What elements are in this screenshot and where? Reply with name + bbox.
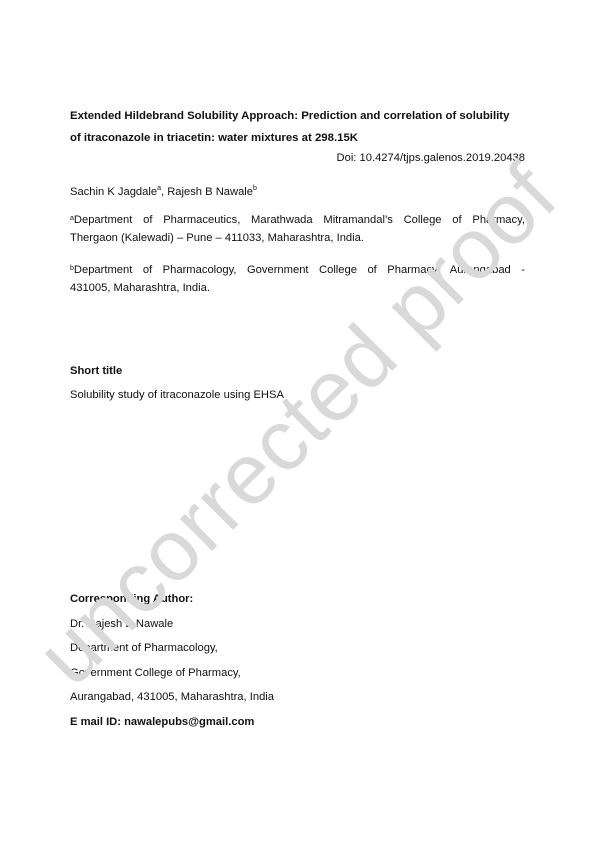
document-page: Extended Hildebrand Solubility Approach:… (0, 0, 595, 842)
affiliation-a-line-2: Thergaon (Kalewadi) – Pune – 411033, Mah… (70, 229, 525, 247)
affiliation-mark: a (157, 185, 161, 192)
affiliation-mark: a (70, 215, 74, 222)
paper-title: Extended Hildebrand Solubility Approach:… (70, 105, 530, 149)
short-title-heading: Short title (70, 365, 122, 377)
corresponding-author-name: Dr. Rajesh B Nawale (70, 616, 274, 641)
affiliation-b-line-2: 431005, Maharashtra, India. (70, 279, 525, 297)
affiliation-mark: b (253, 185, 257, 192)
affiliation-a: aDepartment of Pharmaceutics, Marathwada… (70, 211, 525, 247)
corresponding-author-department: Department of Pharmacology, (70, 640, 274, 665)
corresponding-author-address: Aurangabad, 431005, Maharashtra, India (70, 689, 274, 714)
author-name: Rajesh B Nawale (167, 186, 253, 198)
short-title-text: Solubility study of itraconazole using E… (70, 389, 284, 401)
affiliation-b-line-1: bDepartment of Pharmacology, Government … (70, 261, 525, 279)
doi-text[interactable]: Doi: 10.4274/tjps.galenos.2019.20438 (337, 152, 525, 164)
affiliation-a-line-1: aDepartment of Pharmaceutics, Marathwada… (70, 211, 525, 229)
corresponding-author-email[interactable]: E mail ID: nawalepubs@gmail.com (70, 714, 274, 739)
affiliation-mark: b (70, 265, 74, 272)
paper-title-line-1: Extended Hildebrand Solubility Approach:… (70, 110, 509, 122)
corresponding-author-institution: Government College of Pharmacy, (70, 665, 274, 690)
paper-title-line-2: of itraconazole in triacetin: water mixt… (70, 132, 358, 144)
corresponding-author-heading: Corresponding Author: (70, 591, 274, 616)
author-name: Sachin K Jagdale (70, 186, 157, 198)
affiliation-b: bDepartment of Pharmacology, Government … (70, 261, 525, 297)
author-list: Sachin K Jagdalea, Rajesh B Nawaleb (70, 186, 257, 198)
corresponding-author-block: Corresponding Author: Dr. Rajesh B Nawal… (70, 591, 274, 738)
